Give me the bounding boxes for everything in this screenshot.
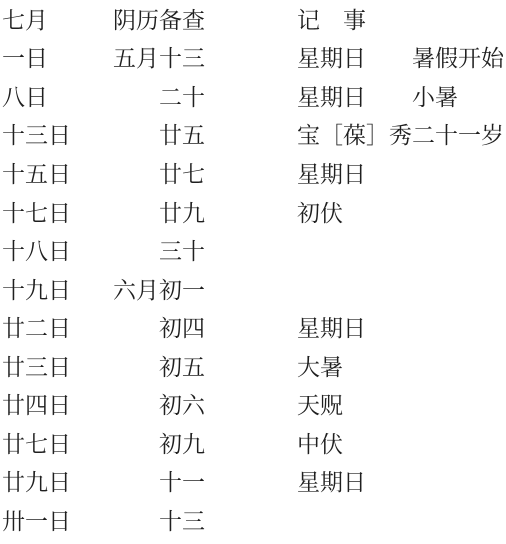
lunar-cell: 十一 [113,471,205,494]
note-cell: 星期日 小暑 [205,86,506,109]
note-cell: 星期日 暑假开始 [205,47,506,70]
day-cell: 十三日 [0,124,113,147]
lunar-cell: 五月十三 [113,47,205,70]
lunar-cell: 二十 [113,86,205,109]
day-cell: 卅一日 [0,510,113,533]
note-cell: 大暑 [205,356,506,379]
calendar-row: 廿七日 初九 中伏 [0,425,506,464]
calendar-row: 十八日 三十 [0,232,506,271]
lunar-cell: 廿九 [113,202,205,225]
note-cell: 星期日 [205,471,506,494]
lunar-cell: 十三 [113,510,205,533]
day-cell: 一日 [0,47,113,70]
calendar-row: 十五日 廿七 星期日 [0,155,506,194]
calendar-header-row: 七月 阴历备查 记 事 [0,1,506,40]
note-cell: 宝［葆］秀二十一岁 [205,124,506,147]
calendar-rows: 一日 五月十三 星期日 暑假开始 八日 二十 星期日 小暑 十三日 廿五 宝［葆… [0,40,506,541]
note-cell: 天贶 [205,394,506,417]
day-cell: 廿七日 [0,433,113,456]
note-cell: 星期日 [205,163,506,186]
calendar-row: 廿九日 十一 星期日 [0,464,506,503]
calendar-row: 十七日 廿九 初伏 [0,194,506,233]
day-cell: 八日 [0,86,113,109]
calendar-row: 一日 五月十三 星期日 暑假开始 [0,40,506,79]
calendar-row: 十九日 六月初一 [0,271,506,310]
lunar-cell: 六月初一 [113,279,205,302]
day-cell: 十九日 [0,279,113,302]
day-cell: 廿二日 [0,317,113,340]
calendar-page: 七月 阴历备查 记 事 一日 五月十三 星期日 暑假开始 八日 二十 星期日 小… [0,0,506,544]
calendar-row: 八日 二十 星期日 小暑 [0,78,506,117]
day-cell: 廿三日 [0,356,113,379]
calendar-row: 廿四日 初六 天贶 [0,386,506,425]
lunar-cell: 初六 [113,394,205,417]
notes-column-header: 记 事 [205,9,506,32]
day-cell: 廿九日 [0,471,113,494]
day-cell: 十五日 [0,163,113,186]
lunar-cell: 三十 [113,240,205,263]
day-cell: 十七日 [0,202,113,225]
lunar-cell: 初四 [113,317,205,340]
lunar-cell: 初九 [113,433,205,456]
day-cell: 十八日 [0,240,113,263]
lunar-cell: 廿七 [113,163,205,186]
lunar-cell: 廿五 [113,124,205,147]
lunar-cell: 初五 [113,356,205,379]
month-title: 七月 [0,9,113,32]
note-cell: 初伏 [205,202,506,225]
calendar-row: 十三日 廿五 宝［葆］秀二十一岁 [0,117,506,156]
calendar-row: 卅一日 十三 [0,502,506,541]
calendar-row: 廿二日 初四 星期日 [0,309,506,348]
lunar-column-header: 阴历备查 [113,9,205,32]
calendar-row: 廿三日 初五 大暑 [0,348,506,387]
note-cell: 中伏 [205,433,506,456]
day-cell: 廿四日 [0,394,113,417]
note-cell: 星期日 [205,317,506,340]
